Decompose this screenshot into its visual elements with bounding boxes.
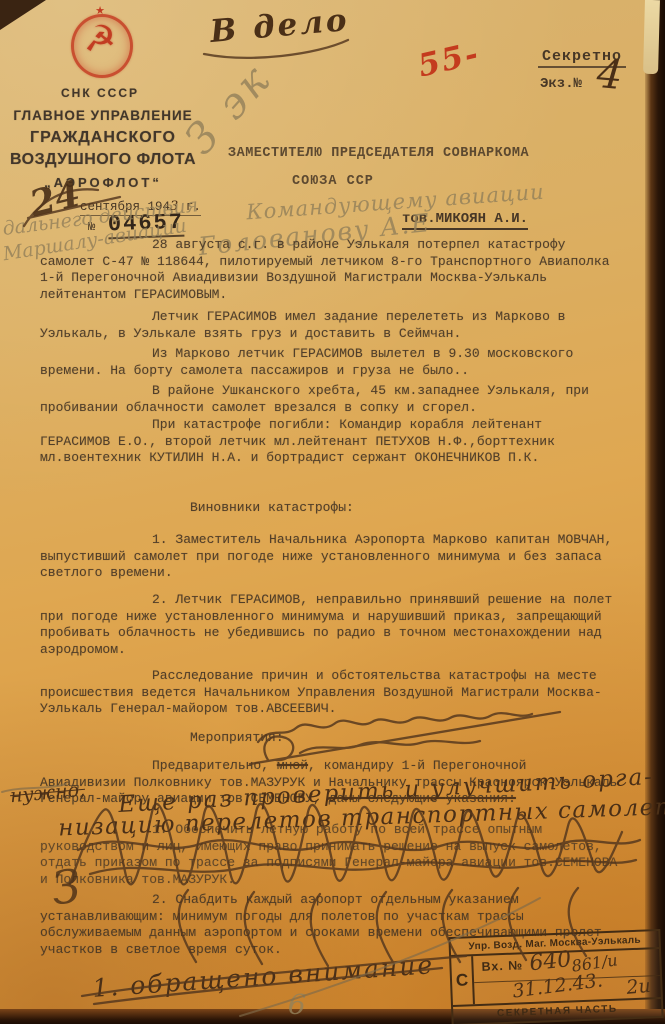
registration-stamp: Упр. Возд. Маг. Москва-Уэлькаль С Вх. № … — [448, 929, 663, 1024]
paragraph-culprit-2: 2. Летчик ГЕРАСИМОВ, неправильно принявш… — [40, 592, 618, 658]
p9-segment: Предварительно, — [152, 758, 277, 773]
red-page-number: 55- — [415, 35, 484, 84]
paragraph-mission: Летчик ГЕРАСИМОВ имел задание перелететь… — [40, 309, 618, 342]
bottom-resolution-note: 1. обращено внимание — [91, 950, 435, 1003]
stamp-rx-label: Вх. № — [481, 958, 523, 974]
addressee-line2: СОЮЗА ССР — [292, 174, 374, 189]
bottom-pencil-six: 6 — [287, 987, 307, 1021]
stamp-side-letter: С — [451, 956, 475, 1005]
v-delo-note: В дело — [209, 2, 351, 50]
letterhead-line3: ВОЗДУШНОГО ФЛОТА — [6, 151, 200, 169]
paragraph-crash-summary: 28 августа с.г. в районе Уэлькаля потерп… — [40, 237, 618, 303]
p9-struck-word: мной — [277, 758, 308, 773]
copy-label: Экз.№ — [540, 76, 582, 92]
copy-number: 4 — [595, 51, 624, 99]
letterhead-line1: ГЛАВНОЕ УПРАВЛЕНИЕ — [6, 108, 200, 123]
paragraph-casualties: При катастрофе погибли: Командир корабля… — [40, 417, 618, 467]
paragraph-departure: Из Марково летчик ГЕРАСИМОВ вылетел в 9.… — [40, 346, 618, 379]
paragraph-investigation: Расследование причин и обстоятельства ка… — [40, 668, 618, 718]
paragraph-impact: В районе Ушканского хребта, 45 км.западн… — [40, 383, 618, 416]
photo-corner-top-left — [0, 0, 46, 30]
stamp-rx-number: 640 — [528, 947, 572, 976]
addressee-line1: ЗАМЕСТИТЕЛЮ ПРЕДСЕДАТЕЛЯ СОВНАРКОМА — [228, 146, 529, 161]
letterhead-org-abbr: СНК СССР — [40, 86, 160, 100]
letterhead-line2: ГРАЖДАНСКОГО — [6, 129, 200, 147]
document-page: ★ ☭ СНК СССР ГЛАВНОЕ УПРАВЛЕНИЕ ГРАЖДАНС… — [0, 0, 665, 1024]
stamp-extra-mark: 2и — [625, 975, 651, 999]
stamp-date: 31.12.43. — [511, 969, 604, 1002]
heading-measures: Мероприятия: — [40, 730, 618, 747]
heading-culprits: Виновники катастрофы: — [40, 500, 618, 517]
paragraph-culprit-1: 1. Заместитель Начальника Аэропорта Марк… — [40, 532, 618, 582]
soviet-emblem-icon: ★ ☭ — [64, 8, 136, 80]
photo-edge-right — [645, 0, 665, 1024]
page-edge-tab — [643, 0, 660, 74]
margin-mark-z: З — [49, 859, 83, 916]
